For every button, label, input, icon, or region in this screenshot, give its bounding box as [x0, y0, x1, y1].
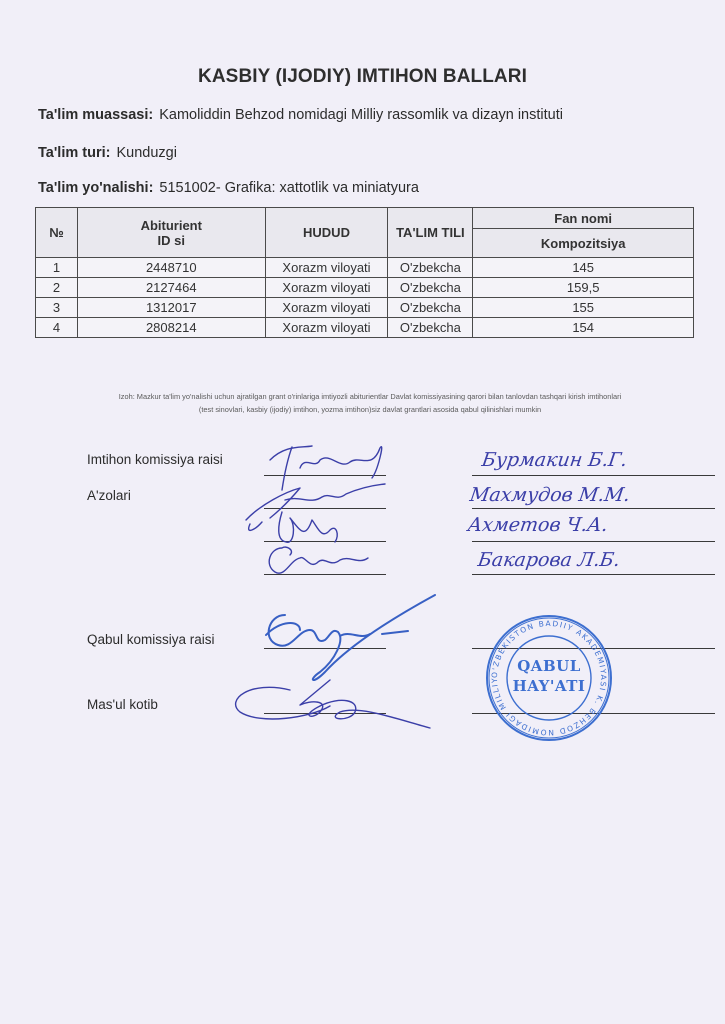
table-row: 3 1312017 Xorazm viloyati O'zbekcha 155: [36, 298, 694, 318]
cell-number: 3: [36, 298, 78, 318]
header-applicant-id-line2: ID si: [78, 233, 265, 248]
signature-line: [264, 648, 386, 649]
study-form-line: Ta'lim turi:Kunduzgi: [38, 145, 177, 161]
cell-applicant-id: 2127464: [77, 278, 265, 298]
cell-score: 159,5: [473, 278, 694, 298]
page-title: KASBIY (IJODIY) IMTIHON BALLARI: [0, 66, 725, 88]
cell-region: Xorazm viloyati: [265, 318, 388, 338]
secretary-label: Mas'ul kotib: [87, 697, 158, 712]
cell-applicant-id: 2808214: [77, 318, 265, 338]
program-line: Ta'lim yo'nalishi:5151002- Grafika: xatt…: [38, 180, 419, 196]
handwritten-name: Бакарова Л.Б.: [476, 549, 621, 571]
signature-admission-chair: [266, 595, 435, 680]
name-line: [472, 475, 715, 476]
cell-language: O'zbekcha: [388, 278, 473, 298]
handwritten-name: Махмудов М.М.: [468, 484, 631, 506]
cell-region: Xorazm viloyati: [265, 278, 388, 298]
signature-line: [264, 713, 386, 714]
program-value: 5151002- Grafika: xattotlik va miniatyur…: [159, 180, 419, 196]
signature-line: [264, 475, 386, 476]
stamp-center-line-1: QABUL: [484, 657, 614, 675]
cell-number: 2: [36, 278, 78, 298]
institution-value: Kamoliddin Behzod nomidagi Milliy rassom…: [159, 107, 563, 123]
cell-score: 155: [473, 298, 694, 318]
signature-line: [264, 508, 386, 509]
study-form-label: Ta'lim turi:: [38, 145, 110, 161]
admission-committee-stamp: O'ZBEKISTON BADIIY AKADEMIYASI K. BEHZOD…: [484, 613, 614, 743]
members-label: A'zolari: [87, 488, 131, 503]
note: Izoh: Mazkur ta'lim yo'nalishi uchun ajr…: [30, 390, 710, 416]
cell-language: O'zbekcha: [388, 298, 473, 318]
name-line: [472, 541, 715, 542]
program-label: Ta'lim yo'nalishi:: [38, 180, 153, 196]
header-region: HUDUD: [265, 208, 388, 258]
cell-score: 145: [473, 258, 694, 278]
cell-language: O'zbekcha: [388, 258, 473, 278]
note-line-1: Izoh: Mazkur ta'lim yo'nalishi uchun ajr…: [30, 390, 710, 403]
header-number: №: [36, 208, 78, 258]
cell-number: 4: [36, 318, 78, 338]
handwritten-name: Бурмакин Б.Г.: [480, 449, 628, 471]
header-applicant-id-line1: Abiturient: [78, 218, 265, 233]
table-row: 4 2808214 Xorazm viloyati O'zbekcha 154: [36, 318, 694, 338]
cell-applicant-id: 2448710: [77, 258, 265, 278]
signature-member-2: [279, 512, 338, 542]
cell-number: 1: [36, 258, 78, 278]
note-line-2: (test sinovlari, kasbiy (ijodiy) imtihon…: [30, 403, 710, 416]
study-form-value: Kunduzgi: [116, 145, 176, 161]
cell-region: Xorazm viloyati: [265, 298, 388, 318]
handwritten-name: Ахметов Ч.А.: [466, 514, 609, 536]
signature-line: [264, 541, 386, 542]
stamp-center-line-2: HAY'ATI: [484, 677, 614, 695]
header-subject-group: Fan nomi: [473, 208, 694, 229]
institution-line: Ta'lim muassasi:Kamoliddin Behzod nomida…: [38, 107, 563, 123]
signature-line: [264, 574, 386, 575]
signature-chair: [270, 446, 382, 490]
signature-secretary: [236, 680, 430, 728]
name-line: [472, 574, 715, 575]
cell-applicant-id: 1312017: [77, 298, 265, 318]
scores-table: № Abiturient ID si HUDUD TA'LIM TILI Fan…: [35, 207, 694, 338]
cell-language: O'zbekcha: [388, 318, 473, 338]
institution-label: Ta'lim muassasi:: [38, 107, 153, 123]
header-language: TA'LIM TILI: [388, 208, 473, 258]
exam-commission-chair-label: Imtihon komissiya raisi: [87, 452, 223, 467]
header-subject-composition: Kompozitsiya: [473, 229, 694, 258]
cell-region: Xorazm viloyati: [265, 258, 388, 278]
signature-member-3: [269, 547, 368, 573]
table-row: 2 2127464 Xorazm viloyati O'zbekcha 159,…: [36, 278, 694, 298]
cell-score: 154: [473, 318, 694, 338]
name-line: [472, 508, 715, 509]
header-applicant-id: Abiturient ID si: [77, 208, 265, 258]
admission-commission-chair-label: Qabul komissiya raisi: [87, 632, 215, 647]
table-row: 1 2448710 Xorazm viloyati O'zbekcha 145: [36, 258, 694, 278]
